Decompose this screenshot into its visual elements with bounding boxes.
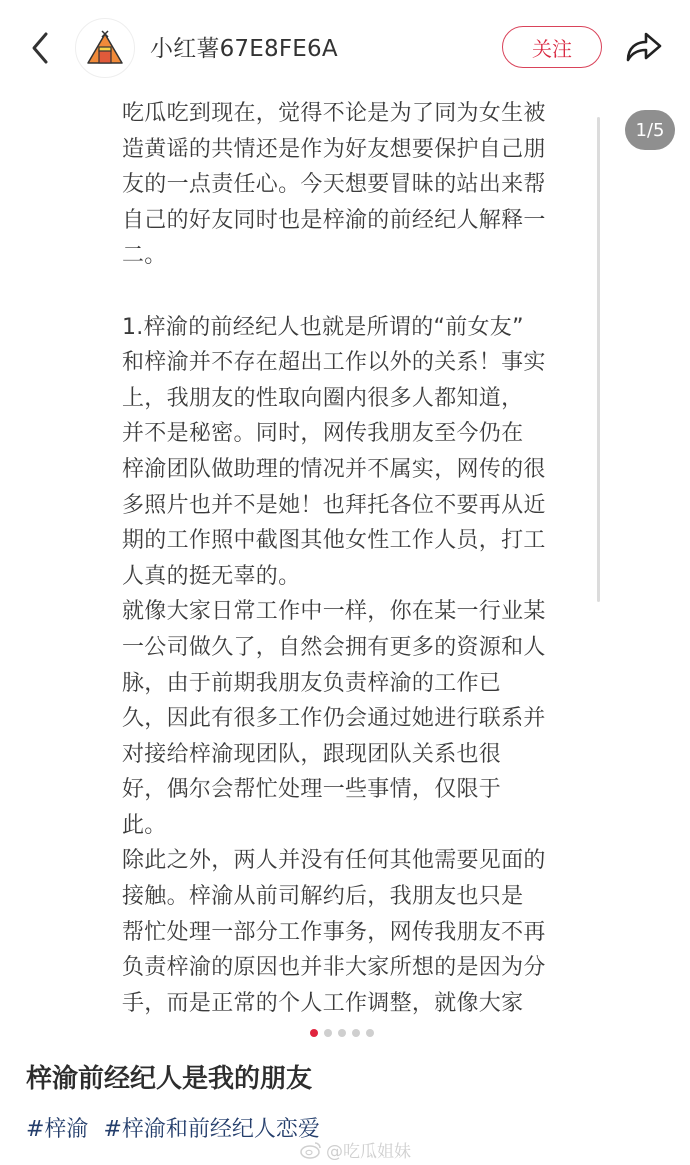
watermark: @吃瓜姐妹 xyxy=(300,1137,411,1162)
paragraph-besides: 除此之外，两人并没有任何其他需要见面的 接触。梓渝从前司解约后，我朋友也只是 帮… xyxy=(122,843,582,1021)
tent-icon xyxy=(85,29,125,67)
paragraph-intro: 吃瓜吃到现在，觉得不论是为了同为女生被 造黄谣的共情还是作为好友想要保护自己朋 … xyxy=(122,96,582,274)
carousel-dot-1[interactable] xyxy=(310,1029,318,1037)
image-scrollbar[interactable] xyxy=(597,117,600,602)
back-button[interactable] xyxy=(26,28,56,68)
hashtag-link[interactable]: #梓渝 xyxy=(26,1117,88,1142)
hashtag-list: #梓渝 #梓渝和前经纪人恋爱 xyxy=(26,1112,328,1143)
paragraph-point-1: 1.梓渝的前经纪人也就是所谓的“前女友” 和梓渝并不存在超出工作以外的关系！事实… xyxy=(122,310,582,595)
top-bar: 小红薯67E8FE6A 关注 xyxy=(0,0,690,95)
share-icon xyxy=(624,28,664,66)
carousel-dot-5[interactable] xyxy=(366,1029,374,1037)
avatar[interactable] xyxy=(75,18,135,78)
weibo-logo-icon xyxy=(300,1141,322,1159)
image-counter-badge: 1/5 xyxy=(625,110,675,150)
hashtag-link[interactable]: #梓渝和前经纪人恋爱 xyxy=(103,1117,319,1142)
carousel-dot-4[interactable] xyxy=(352,1029,360,1037)
post-title: 梓渝前经纪人是我的朋友 xyxy=(26,1058,312,1095)
post-image-text: 吃瓜吃到现在，觉得不论是为了同为女生被 造黄谣的共情还是作为好友想要保护自己朋 … xyxy=(122,96,582,1021)
share-button[interactable] xyxy=(624,28,664,66)
carousel-dot-3[interactable] xyxy=(338,1029,346,1037)
paragraph-analogy: 就像大家日常工作中一样，你在某一行业某 一公司做久了，自然会拥有更多的资源和人 … xyxy=(122,594,582,843)
carousel-dot-2[interactable] xyxy=(324,1029,332,1037)
watermark-text: @吃瓜姐妹 xyxy=(326,1137,411,1162)
carousel-indicator xyxy=(310,1029,374,1037)
follow-button[interactable]: 关注 xyxy=(502,26,602,68)
chevron-left-icon xyxy=(26,28,56,68)
username[interactable]: 小红薯67E8FE6A xyxy=(150,30,338,63)
